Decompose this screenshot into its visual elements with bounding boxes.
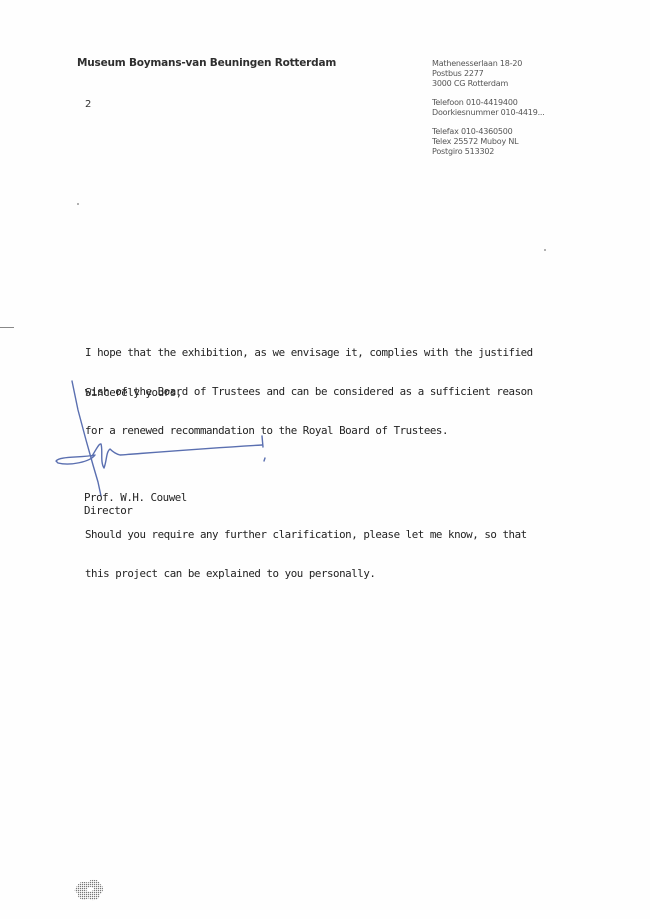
signatory-block: Prof. W.H. Couwel Director — [84, 491, 187, 517]
organization-name: Museum Boymans-van Beuningen Rotterdam — [77, 57, 336, 69]
address-block: Mathenesserlaan 18-20 Postbus 2277 3000 … — [432, 59, 545, 166]
phone-numbers: Telefoon 010-4419400 Doorkiesnummer 010-… — [432, 98, 545, 118]
text-line: this project can be explained to you per… — [85, 567, 533, 580]
text-line: for a renewed recommandation to the Roya… — [85, 424, 533, 437]
signatory-title: Director — [84, 504, 187, 517]
contact-line: Postgiro 513302 — [432, 147, 545, 157]
phone-line: Doorkiesnummer 010-4419... — [432, 108, 545, 118]
address-line: Postbus 2277 — [432, 69, 545, 79]
letter-page: Museum Boymans-van Beuningen Rotterdam 2… — [0, 0, 650, 919]
contact-line: Telefax 010-4360500 — [432, 127, 545, 137]
museum-logo-icon — [72, 874, 108, 904]
paper-speck — [544, 249, 546, 251]
margin-fold-mark — [0, 327, 14, 328]
other-contacts: Telefax 010-4360500 Telex 25572 Muboy NL… — [432, 127, 545, 157]
address-line: 3000 CG Rotterdam — [432, 79, 545, 89]
address-line: Mathenesserlaan 18-20 — [432, 59, 545, 69]
paragraph: Should you require any further clarifica… — [85, 502, 533, 606]
postal-address: Mathenesserlaan 18-20 Postbus 2277 3000 … — [432, 59, 545, 89]
signatory-name: Prof. W.H. Couwel — [84, 491, 187, 504]
text-line: I hope that the exhibition, as we envisa… — [85, 346, 533, 359]
paper-speck — [77, 203, 79, 205]
text-line: Should you require any further clarifica… — [85, 528, 533, 541]
phone-line: Telefoon 010-4419400 — [432, 98, 545, 108]
contact-line: Telex 25572 Muboy NL — [432, 137, 545, 147]
closing-salutation: Sincerely yours, — [85, 386, 182, 399]
letter-body: I hope that the exhibition, as we envisa… — [85, 294, 533, 645]
page-number: 2 — [85, 99, 91, 110]
